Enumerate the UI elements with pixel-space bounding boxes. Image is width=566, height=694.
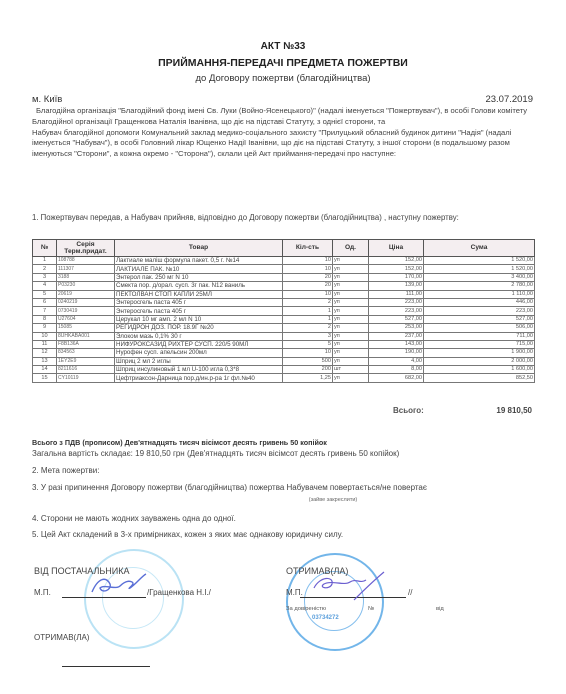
total-cost-text: Загальна вартість складає: 19 810,50 грн… bbox=[32, 449, 399, 458]
row-series: P03230 bbox=[57, 282, 115, 290]
row-unit: уп bbox=[333, 315, 369, 323]
row-unit: уп bbox=[333, 282, 369, 290]
row-product: Энтеросгель паста 405 г bbox=[115, 307, 283, 315]
row-price: 170,00 bbox=[369, 273, 424, 281]
row-price: 237,00 bbox=[369, 332, 424, 340]
row-quantity: 2 bbox=[283, 324, 333, 332]
row-quantity: 1 bbox=[283, 315, 333, 323]
row-sum: 1 900,00 bbox=[424, 349, 535, 357]
col-header-price: Ціна bbox=[369, 240, 424, 257]
row-series: 111307 bbox=[57, 265, 115, 273]
table-row: 1108788Лактиале маліш формула пакет. 0,5… bbox=[33, 257, 535, 265]
row-series: 108788 bbox=[57, 257, 115, 265]
row-product: Шприц 2 мл 2 иглы bbox=[115, 357, 283, 365]
table-row: 2111307ЛАКТИАЛЕ ПАК. №1010уп152,001 520,… bbox=[33, 265, 535, 273]
row-series: 8211616 bbox=[57, 366, 115, 374]
received-heading-left: ОТРИМАВ(ЛА) bbox=[34, 633, 89, 642]
row-quantity: 10 bbox=[283, 290, 333, 298]
row-price: 253,00 bbox=[369, 324, 424, 332]
row-unit: уп bbox=[333, 340, 369, 348]
row-quantity: 10 bbox=[283, 265, 333, 273]
table-row: 915085РЕГИДРОН ДОЗ. ПОР. 18.9Г №202уп253… bbox=[33, 324, 535, 332]
table-row: 8U27604Церукал 10 мг амп. 2 мл N 101уп52… bbox=[33, 315, 535, 323]
row-number: 6 bbox=[33, 298, 57, 306]
table-header-row: № Серія Терм.придат. Товар Кіл-сть Од. Ц… bbox=[33, 240, 535, 257]
row-sum: 711,00 bbox=[424, 332, 535, 340]
row-number: 11 bbox=[33, 340, 57, 348]
recipient-paragraph: Набувач благодійної допомоги Комунальний… bbox=[32, 128, 542, 160]
power-of-attorney-label: За довіреністю bbox=[286, 606, 326, 612]
clause-2: 2. Мета пожертви: bbox=[32, 466, 99, 475]
recipient-signature-icon bbox=[310, 570, 390, 610]
table-row: 33188Энтерол пак. 250 мг N 1020уп170,003… bbox=[33, 273, 535, 281]
row-unit: уп bbox=[333, 290, 369, 298]
row-number: 4 bbox=[33, 282, 57, 290]
row-unit: уп bbox=[333, 298, 369, 306]
total-value: 19 810,50 bbox=[496, 406, 532, 415]
table-row: 11F8B136AНИФУРОКСАЗИД РИХТЕР СУСП. 220/5… bbox=[33, 340, 535, 348]
row-sum: 506,00 bbox=[424, 324, 535, 332]
clause-4: 4. Сторони не мають жодних зауважень одн… bbox=[32, 514, 236, 523]
row-sum: 527,00 bbox=[424, 315, 535, 323]
row-price: 111,00 bbox=[369, 290, 424, 298]
row-product: Цефтриаксон-Дарница пор.д/ин.р-ра 1г фл.… bbox=[115, 374, 283, 382]
row-unit: уп bbox=[333, 374, 369, 382]
row-series: 15085 bbox=[57, 324, 115, 332]
row-price: 223,00 bbox=[369, 307, 424, 315]
row-number: 2 bbox=[33, 265, 57, 273]
row-sum: 446,00 bbox=[424, 298, 535, 306]
row-sum: 3 400,00 bbox=[424, 273, 535, 281]
row-unit: уп bbox=[333, 349, 369, 357]
row-quantity: 500 bbox=[283, 357, 333, 365]
row-series: 1EY2E9 bbox=[57, 357, 115, 365]
col-header-series: Серія Терм.придат. bbox=[57, 240, 115, 257]
row-sum: 2 780,00 bbox=[424, 282, 535, 290]
row-price: 223,00 bbox=[369, 298, 424, 306]
recipient-slashes: // bbox=[408, 588, 412, 597]
row-number: 1 bbox=[33, 257, 57, 265]
row-quantity: 20 bbox=[283, 273, 333, 281]
table-row: 108UHKABA001Элоком мазь 0,1% 30 г3уп237,… bbox=[33, 332, 535, 340]
clause-3: 3. У разі припинення Договору пожертви (… bbox=[32, 483, 427, 492]
row-series: 0730419 bbox=[57, 307, 115, 315]
row-quantity: 1,25 bbox=[283, 374, 333, 382]
row-unit: уп bbox=[333, 265, 369, 273]
row-price: 152,00 bbox=[369, 257, 424, 265]
row-price: 527,00 bbox=[369, 315, 424, 323]
row-sum: 1 520,00 bbox=[424, 265, 535, 273]
document-title: ПРИЙМАННЯ-ПЕРЕДАЧІ ПРЕДМЕТА ПОЖЕРТВИ bbox=[0, 57, 566, 69]
row-unit: уп bbox=[333, 324, 369, 332]
document-subtitle: до Договору пожертви (благодійництва) bbox=[0, 73, 566, 84]
row-quantity: 200 bbox=[283, 366, 333, 374]
row-sum: 1 520,00 bbox=[424, 257, 535, 265]
supplier-signature-icon bbox=[86, 570, 150, 600]
row-product: Церукал 10 мг амп. 2 мл N 10 bbox=[115, 315, 283, 323]
supplier-mp: М.П. bbox=[34, 588, 51, 597]
row-number: 3 bbox=[33, 273, 57, 281]
row-quantity: 10 bbox=[283, 349, 333, 357]
document-date: 23.07.2019 bbox=[485, 94, 533, 105]
items-table: № Серія Терм.придат. Товар Кіл-сть Од. Ц… bbox=[32, 239, 535, 383]
row-sum: 1 600,00 bbox=[424, 366, 535, 374]
row-product: Лактиале маліш формула пакет. 0,5 г. №14 bbox=[115, 257, 283, 265]
row-quantity: 10 bbox=[283, 257, 333, 265]
row-number: 13 bbox=[33, 357, 57, 365]
row-series: 834563 bbox=[57, 349, 115, 357]
total-in-words: Всього з ПДВ (прописом) Дев'ятнадцять ти… bbox=[32, 438, 327, 447]
row-quantity: 1 bbox=[283, 307, 333, 315]
row-series: F8B136A bbox=[57, 340, 115, 348]
supplier-name: /Гращенкова Н.І./ bbox=[147, 588, 211, 597]
clause-5: 5. Цей Акт складений в 3-х примірниках, … bbox=[32, 530, 343, 539]
section-1-text: 1. Пожертвувач передав, а Набувач прийня… bbox=[32, 213, 542, 223]
intro-text: Благодійна організація "Благодійний фонд… bbox=[32, 106, 542, 160]
row-series: 0240219 bbox=[57, 298, 115, 306]
received-signature-line bbox=[62, 666, 150, 667]
row-number: 10 bbox=[33, 332, 57, 340]
attorney-number-label: № bbox=[368, 606, 374, 612]
row-sum: 1 110,00 bbox=[424, 290, 535, 298]
row-product: ЛАКТИАЛЕ ПАК. №10 bbox=[115, 265, 283, 273]
row-price: 682,00 bbox=[369, 374, 424, 382]
row-product: Смекта пор. д/орал. сусп. 3г пак. N12 ва… bbox=[115, 282, 283, 290]
row-unit: уп bbox=[333, 257, 369, 265]
row-unit: шт bbox=[333, 366, 369, 374]
row-unit: уп bbox=[333, 332, 369, 340]
row-number: 15 bbox=[33, 374, 57, 382]
city: м. Київ bbox=[32, 94, 62, 105]
table-row: 12834563Нурофен сусп. апельсин 200мл10уп… bbox=[33, 349, 535, 357]
row-product: НИФУРОКСАЗИД РИХТЕР СУСП. 220/5 90МЛ bbox=[115, 340, 283, 348]
row-product: Нурофен сусп. апельсин 200мл bbox=[115, 349, 283, 357]
row-series: CY10119 bbox=[57, 374, 115, 382]
row-price: 190,00 bbox=[369, 349, 424, 357]
row-number: 12 bbox=[33, 349, 57, 357]
row-product: Элоком мазь 0,1% 30 г bbox=[115, 332, 283, 340]
row-sum: 223,00 bbox=[424, 307, 535, 315]
row-price: 152,00 bbox=[369, 265, 424, 273]
row-number: 7 bbox=[33, 307, 57, 315]
clause-3-note: (зайве закреслити) bbox=[0, 497, 566, 503]
row-price: 8,00 bbox=[369, 366, 424, 374]
col-header-quantity: Кіл-сть bbox=[283, 240, 333, 257]
act-number: АКТ №33 bbox=[0, 41, 566, 52]
row-quantity: 2 bbox=[283, 298, 333, 306]
row-sum: 2 000,00 bbox=[424, 357, 535, 365]
table-row: 131EY2E9Шприц 2 мл 2 иглы500уп4,002 000,… bbox=[33, 357, 535, 365]
row-quantity: 5 bbox=[283, 340, 333, 348]
row-number: 8 bbox=[33, 315, 57, 323]
row-product: РЕГИДРОН ДОЗ. ПОР. 18.9Г №20 bbox=[115, 324, 283, 332]
row-number: 14 bbox=[33, 366, 57, 374]
table-row: 70730419Энтеросгель паста 405 г1уп223,00… bbox=[33, 307, 535, 315]
donor-paragraph: Благодійна організація "Благодійний фонд… bbox=[32, 106, 542, 128]
row-sum: 852,50 bbox=[424, 374, 535, 382]
row-series: 20619 bbox=[57, 290, 115, 298]
row-series: 3188 bbox=[57, 273, 115, 281]
row-quantity: 3 bbox=[283, 332, 333, 340]
recipient-mp: М.П. bbox=[286, 588, 303, 597]
col-header-product: Товар bbox=[115, 240, 283, 257]
row-product: Шприц инсулиновый 1 мл U-100 игла 0,3*8 bbox=[115, 366, 283, 374]
row-price: 143,00 bbox=[369, 340, 424, 348]
row-price: 139,00 bbox=[369, 282, 424, 290]
row-unit: уп bbox=[333, 307, 369, 315]
col-header-sum: Сума bbox=[424, 240, 535, 257]
table-row: 520619ПЕКТОЛВАН СТОП КАПЛИ 25МЛ10уп111,0… bbox=[33, 290, 535, 298]
row-series: 8UHKABA001 bbox=[57, 332, 115, 340]
table-row: 60240219Энтеросгель паста 405 г2уп223,00… bbox=[33, 298, 535, 306]
row-sum: 715,00 bbox=[424, 340, 535, 348]
row-unit: уп bbox=[333, 357, 369, 365]
row-product: Энтерол пак. 250 мг N 10 bbox=[115, 273, 283, 281]
row-price: 4,00 bbox=[369, 357, 424, 365]
table-row: 148211616Шприц инсулиновый 1 мл U-100 иг… bbox=[33, 366, 535, 374]
row-number: 9 bbox=[33, 324, 57, 332]
row-series: U27604 bbox=[57, 315, 115, 323]
col-header-unit: Од. bbox=[333, 240, 369, 257]
col-header-number: № bbox=[33, 240, 57, 257]
table-row: 4P03230Смекта пор. д/орал. сусп. 3г пак.… bbox=[33, 282, 535, 290]
total-label: Всього: bbox=[393, 406, 424, 415]
attorney-date-label: від bbox=[436, 606, 444, 612]
row-product: ПЕКТОЛВАН СТОП КАПЛИ 25МЛ bbox=[115, 290, 283, 298]
row-unit: уп bbox=[333, 273, 369, 281]
row-product: Энтеросгель паста 405 г bbox=[115, 298, 283, 306]
row-number: 5 bbox=[33, 290, 57, 298]
table-row: 15CY10119Цефтриаксон-Дарница пор.д/ин.р-… bbox=[33, 374, 535, 382]
row-quantity: 20 bbox=[283, 282, 333, 290]
